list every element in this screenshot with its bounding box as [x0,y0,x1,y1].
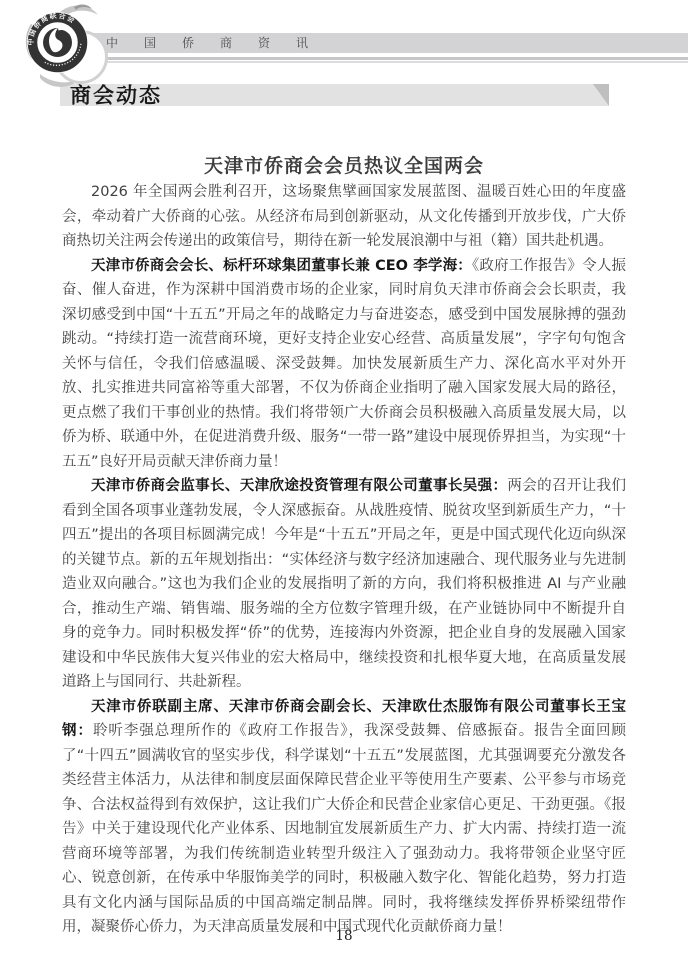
article-body: 2026 年全国两会胜利召开，这场聚焦擘画国家发展蓝图、温暖百姓心田的年度盛会，… [62,180,626,940]
page-number: 18 [0,928,688,944]
paragraph-lead: 天津市侨商会会长、标杆环球集团董事长兼 CEO 李学海： [91,258,472,274]
paragraph-wangbaogang: 天津市侨联副主席、天津市侨商会副会长、天津欧仕杰服饰有限公司董事长王宝钢：聆听李… [62,695,626,940]
masthead-rule-thick [88,57,688,60]
paragraph-text: 聆听李强总理所作的《政府工作报告》，我深受鼓舞、倍感振奋。报告全面回顾了“十四五… [62,723,626,935]
paragraph-text: 2026 年全国两会胜利召开，这场聚焦擘画国家发展蓝图、温暖百姓心田的年度盛会，… [62,184,626,249]
paragraph-wuqiang: 天津市侨商会监事长、天津欣途投资管理有限公司董事长吴强：两会的召开让我们看到全国… [62,474,626,695]
masthead-bar: 中国侨商资讯 [92,33,688,53]
paragraph-lead: 天津市侨商会监事长、天津欣途投资管理有限公司董事长吴强： [91,478,507,494]
federation-seal-logo-icon: 中国侨商联合会 [18,2,130,94]
paragraph-text: 两会的召开让我们看到全国各项事业蓬勃发展，令人深感振奋。从战胜疫情、脱贫攻坚到新… [62,478,626,690]
article-title: 天津市侨商会会员热议全国两会 [62,151,626,178]
masthead-rule-thin [88,61,688,63]
paragraph-lixuehai: 天津市侨商会会长、标杆环球集团董事长兼 CEO 李学海：《政府工作报告》令人振奋… [62,254,626,475]
paragraph-text: 《政府工作报告》令人振奋、催人奋进，作为深耕中国消费市场的企业家，同时肩负天津市… [62,258,626,470]
paragraph-intro: 2026 年全国两会胜利召开，这场聚焦擘画国家发展蓝图、温暖百姓心田的年度盛会，… [62,180,626,254]
section-ribbon: 商会动态 [60,84,609,106]
masthead-title: 中国侨商资讯 [106,33,334,53]
magazine-page: 中国侨商资讯 中国侨商联合会 [0,0,688,971]
